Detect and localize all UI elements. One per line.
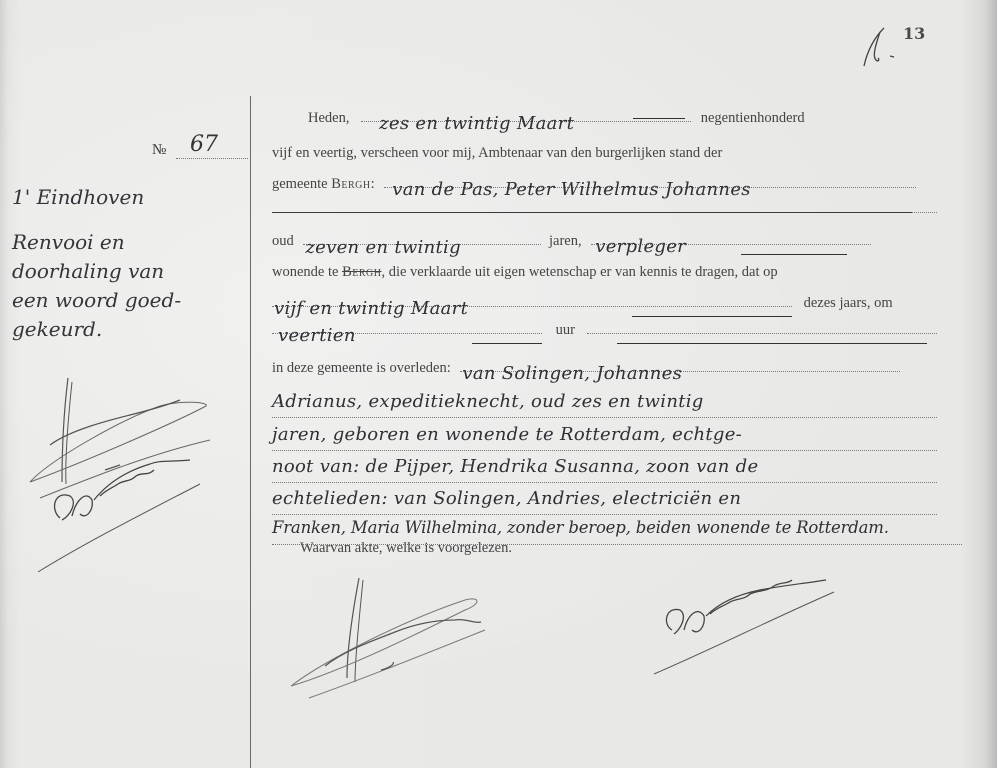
record-number-label: № [152,142,166,159]
minute-field [587,333,937,334]
text-verklaarde: , die verklaarde uit eigen wetenschap er… [381,264,777,280]
fill-dash [617,343,927,344]
handwritten-text: echtelieden: van Solingen, Andries, elec… [272,488,741,509]
text-oud: oud [272,233,294,249]
line-9: in deze gemeente is overleden: van Solin… [272,360,900,377]
closing-statement: Waarvan akte, welke is voorgelezen. [300,540,512,557]
line-6: wonende te Bergh, die verklaarde uit eig… [272,264,778,281]
line-3: gemeente Bergh: van de Pas, Peter Wilhel… [272,176,916,193]
line-8: veertien uur [272,322,937,339]
margin-note-line: Renvooi en [12,228,181,257]
handwritten-declarant: van de Pas, Peter Wilhelmus Johannes [392,179,751,200]
line-2: vijf en veertig, verscheen voor mij, Amb… [272,145,722,162]
line-7: vijf en twintig Maart dezes jaars, om [272,295,893,312]
deceased-field: van Solingen, Johannes [460,371,900,372]
line-1: Heden, zes en twintig Maart negentienhon… [308,110,805,127]
handwritten-death-date: vijf en twintig Maart [274,298,468,319]
fill-dash [633,118,685,119]
handwritten-age: zeven en twintig [305,237,461,258]
hw-line-2: jaren, geboren en wonende te Rotterdam, … [272,426,937,451]
text-heden: Heden, [308,110,349,126]
place-bergh-struck: Bergh [342,264,381,280]
fill-dash [741,254,847,255]
fill-dash [472,343,542,344]
signature-cquusmit [650,570,850,680]
text-jaren: jaren, [549,233,582,249]
handwritten-text: Franken, Maria Wilhelmina, zonder beroep… [272,518,889,537]
hw-line-1: Adrianus, expeditieknecht, oud zes en tw… [272,393,937,418]
hour-field: veertien [272,333,542,334]
handwritten-deceased: van Solingen, Johannes [462,363,682,384]
blank-line-4 [272,212,937,213]
text-overleden: in deze gemeente is overleden: [272,360,451,376]
document-page: 13 № 67 1' Eindhoven Renvooi en doorhali… [0,0,997,768]
occupation-field: verpleger [591,244,871,245]
margin-signature-cquusmit [30,440,220,580]
colon: : [371,176,375,192]
handwritten-occupation: verpleger [595,236,686,257]
declarant-field: van de Pas, Peter Wilhelmus Johannes [384,187,916,188]
date-field: zes en twintig Maart [361,121,691,122]
age-field: zeven en twintig [303,244,541,245]
death-date-field: vijf en twintig Maart [272,306,792,307]
hw-line-4: echtelieden: van Solingen, Andries, elec… [272,490,937,515]
margin-note-line: doorhaling van [12,257,181,286]
record-number: 67 [190,132,218,157]
text-gemeente: gemeente [272,176,328,192]
margin-note-renvooi: Renvooi en doorhaling van een woord goed… [12,228,181,344]
fill-dash-long [272,212,912,213]
text-wonende-te: wonende te [272,264,338,280]
handwritten-text: noot van: de Pijper, Hendrika Susanna, z… [272,456,758,477]
handwritten-text: Adrianus, expeditieknecht, oud zes en tw… [272,391,704,412]
hw-line-3: noot van: de Pijper, Hendrika Susanna, z… [272,458,937,483]
margin-note-line: gekeurd. [12,315,181,344]
place-bergh: Bergh [331,176,370,192]
record-number-dots [176,158,248,159]
text-uur: uur [556,322,575,338]
margin-note-eindhoven: 1' Eindhoven [12,183,144,212]
text-negentienhonderd: negentienhonderd [701,110,805,126]
page-number: 13 [903,24,925,43]
handwritten-date: zes en twintig Maart [379,113,574,134]
handwritten-text: jaren, geboren en wonende te Rotterdam, … [272,424,742,445]
signature-ariëntse [285,570,505,700]
margin-rule [250,96,251,768]
handwritten-hour: veertien [278,325,356,346]
corner-mark-b [858,26,898,70]
fill-dash [632,316,792,317]
margin-note-line: een woord goed- [12,286,181,315]
text-dezes-jaars: dezes jaars, om [804,295,893,311]
line-5: oud zeven en twintig jaren, verpleger [272,233,871,250]
